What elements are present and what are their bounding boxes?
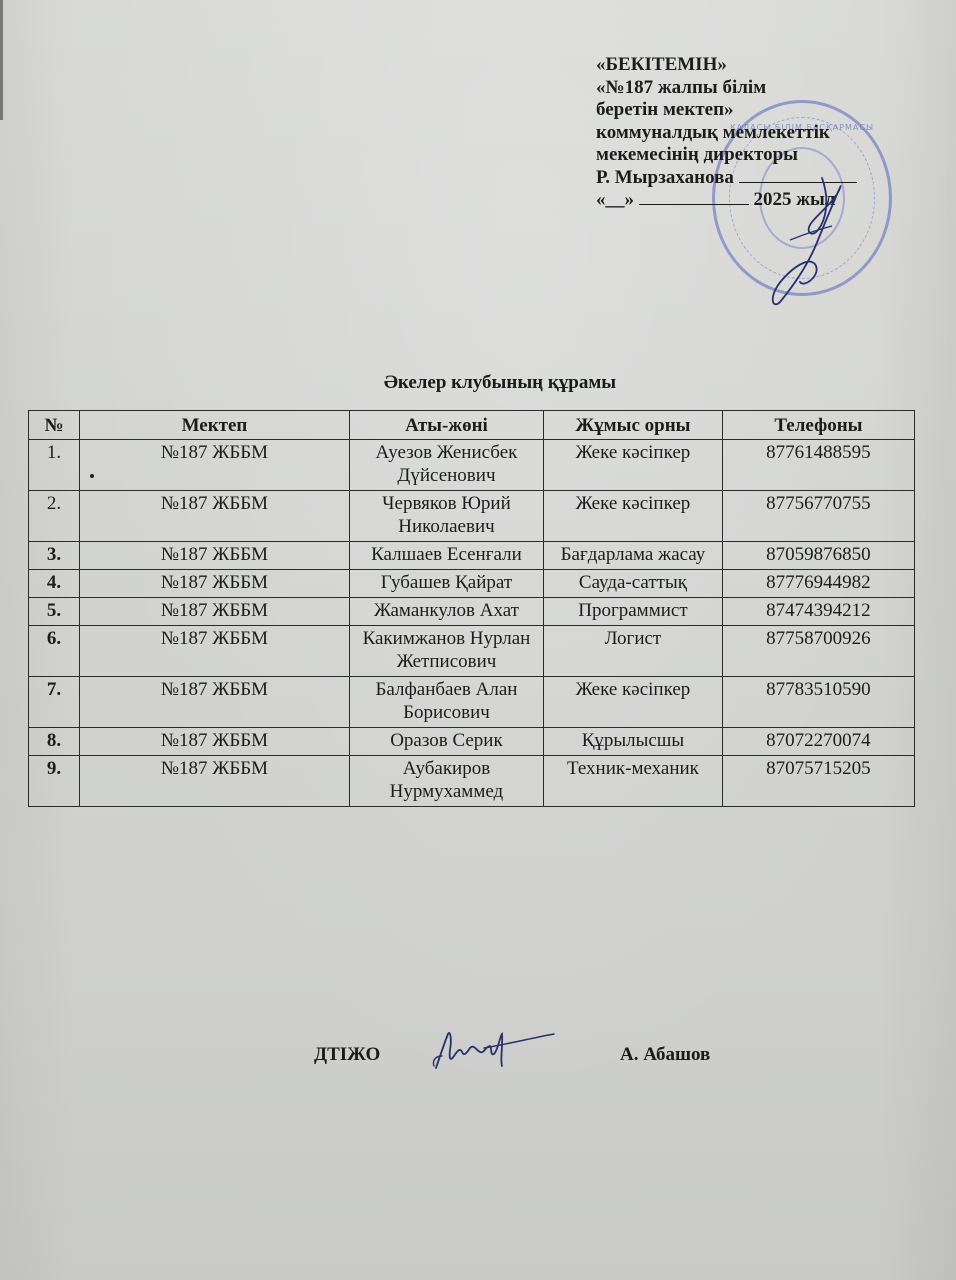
table-row: 7.№187 ЖББМБалфанбаев Алан БорисовичЖеке… — [29, 677, 915, 728]
cell-number: 5. — [29, 598, 80, 626]
date-month-line — [639, 204, 749, 205]
cell-school: №187 ЖББМ — [80, 542, 350, 570]
cell-number: 1. — [29, 440, 80, 491]
approval-school-line-2: беретін мектеп» — [596, 99, 896, 122]
cell-number: 4. — [29, 570, 80, 598]
cell-number: 2. — [29, 491, 80, 542]
cell-name: Жаманкулов Ахат — [349, 598, 543, 626]
column-header-number: № — [29, 411, 80, 440]
cell-school: №187 ЖББМ — [80, 677, 350, 728]
column-header-school: Мектеп — [80, 411, 350, 440]
cell-school: №187 ЖББМ — [80, 728, 350, 756]
column-header-name: Аты-жөні — [349, 411, 543, 440]
cell-phone: 87059876850 — [722, 542, 914, 570]
cell-workplace: Жеке кәсіпкер — [544, 677, 723, 728]
approval-heading: «БЕКІТЕМІН» — [596, 54, 896, 77]
cell-number: 6. — [29, 626, 80, 677]
cell-workplace: Жеке кәсіпкер — [544, 440, 723, 491]
table-row: 9.№187 ЖББМАубакиров НурмухаммедТехник-м… — [29, 756, 915, 807]
column-header-workplace: Жұмыс орны — [544, 411, 723, 440]
cell-workplace: Сауда-саттық — [544, 570, 723, 598]
cell-workplace: Логист — [544, 626, 723, 677]
column-header-phone: Телефоны — [722, 411, 914, 440]
cell-name: Губашев Қайрат — [349, 570, 543, 598]
cell-number: 9. — [29, 756, 80, 807]
cell-name: Калшаев Есенғали — [349, 542, 543, 570]
table-row: 4.№187 ЖББМГубашев ҚайратСауда-саттық877… — [29, 570, 915, 598]
cell-phone: 87474394212 — [722, 598, 914, 626]
cell-workplace: Жеке кәсіпкер — [544, 491, 723, 542]
table-header-row: № Мектеп Аты-жөні Жұмыс орны Телефоны — [29, 411, 915, 440]
cell-phone: 87776944982 — [722, 570, 914, 598]
cell-phone: 87075715205 — [722, 756, 914, 807]
cell-name: Аубакиров Нурмухаммед — [349, 756, 543, 807]
cell-school: №187 ЖББМ — [80, 626, 350, 677]
footer-organization: ДТІЖО — [314, 1044, 380, 1066]
approval-institution-line-1: коммуналдық мемлекеттік — [596, 122, 896, 145]
cell-name: Какимжанов Нурлан Жетписович — [349, 626, 543, 677]
director-name: Р. Мырзаханова — [596, 167, 734, 188]
cell-name: Оразов Серик — [349, 728, 543, 756]
table-row: 3.№187 ЖББМКалшаев ЕсенғалиБағдарлама жа… — [29, 542, 915, 570]
table-row: 6.№187 ЖББМКакимжанов Нурлан ЖетписовичЛ… — [29, 626, 915, 677]
table-row: 5.№187 ЖББМЖаманкулов АхатПрограммист874… — [29, 598, 915, 626]
footer-signature-icon — [428, 1026, 558, 1072]
cell-phone: 87072270074 — [722, 728, 914, 756]
cell-name: Ауезов Женисбек Дүйсенович — [349, 440, 543, 491]
cell-name: Балфанбаев Алан Борисович — [349, 677, 543, 728]
cell-phone: 87756770755 — [722, 491, 914, 542]
director-signature-icon — [760, 170, 880, 310]
cell-phone: 87783510590 — [722, 677, 914, 728]
cell-name: Червяков Юрий Николаевич — [349, 491, 543, 542]
cell-school: №187 ЖББМ — [80, 570, 350, 598]
table-row: 2.№187 ЖББМЧервяков Юрий НиколаевичЖеке … — [29, 491, 915, 542]
cell-school: №187 ЖББМ — [80, 491, 350, 542]
cell-workplace: Техник-механик — [544, 756, 723, 807]
cell-school: №187 ЖББМ — [80, 440, 350, 491]
cell-workplace: Программист — [544, 598, 723, 626]
footer-person-name: А. Абашов — [620, 1044, 710, 1066]
cell-number: 8. — [29, 728, 80, 756]
table-body: 1.№187 ЖББМАуезов Женисбек ДүйсеновичЖек… — [29, 440, 915, 807]
cell-phone: 87758700926 — [722, 626, 914, 677]
page-edge-shadow — [0, 0, 3, 120]
table-row: 1.№187 ЖББМАуезов Женисбек ДүйсеновичЖек… — [29, 440, 915, 491]
approval-school-line-1: «№187 жалпы білім — [596, 77, 896, 100]
fathers-club-table: № Мектеп Аты-жөні Жұмыс орны Телефоны 1.… — [28, 410, 915, 807]
approval-institution-line-2: мекемесінің директоры — [596, 144, 896, 167]
table-row: 8.№187 ЖББМОразов СерикҚұрылысшы87072270… — [29, 728, 915, 756]
document-title: Әкелер клубының құрамы — [0, 372, 956, 394]
cell-number: 7. — [29, 677, 80, 728]
cell-phone: 87761488595 — [722, 440, 914, 491]
date-day-field: «__» — [596, 189, 634, 210]
cell-school: №187 ЖББМ — [80, 598, 350, 626]
cell-school: №187 ЖББМ — [80, 756, 350, 807]
cell-workplace: Құрылысшы — [544, 728, 723, 756]
cell-number: 3. — [29, 542, 80, 570]
cell-workplace: Бағдарлама жасау — [544, 542, 723, 570]
stray-dot-mark — [90, 474, 94, 478]
